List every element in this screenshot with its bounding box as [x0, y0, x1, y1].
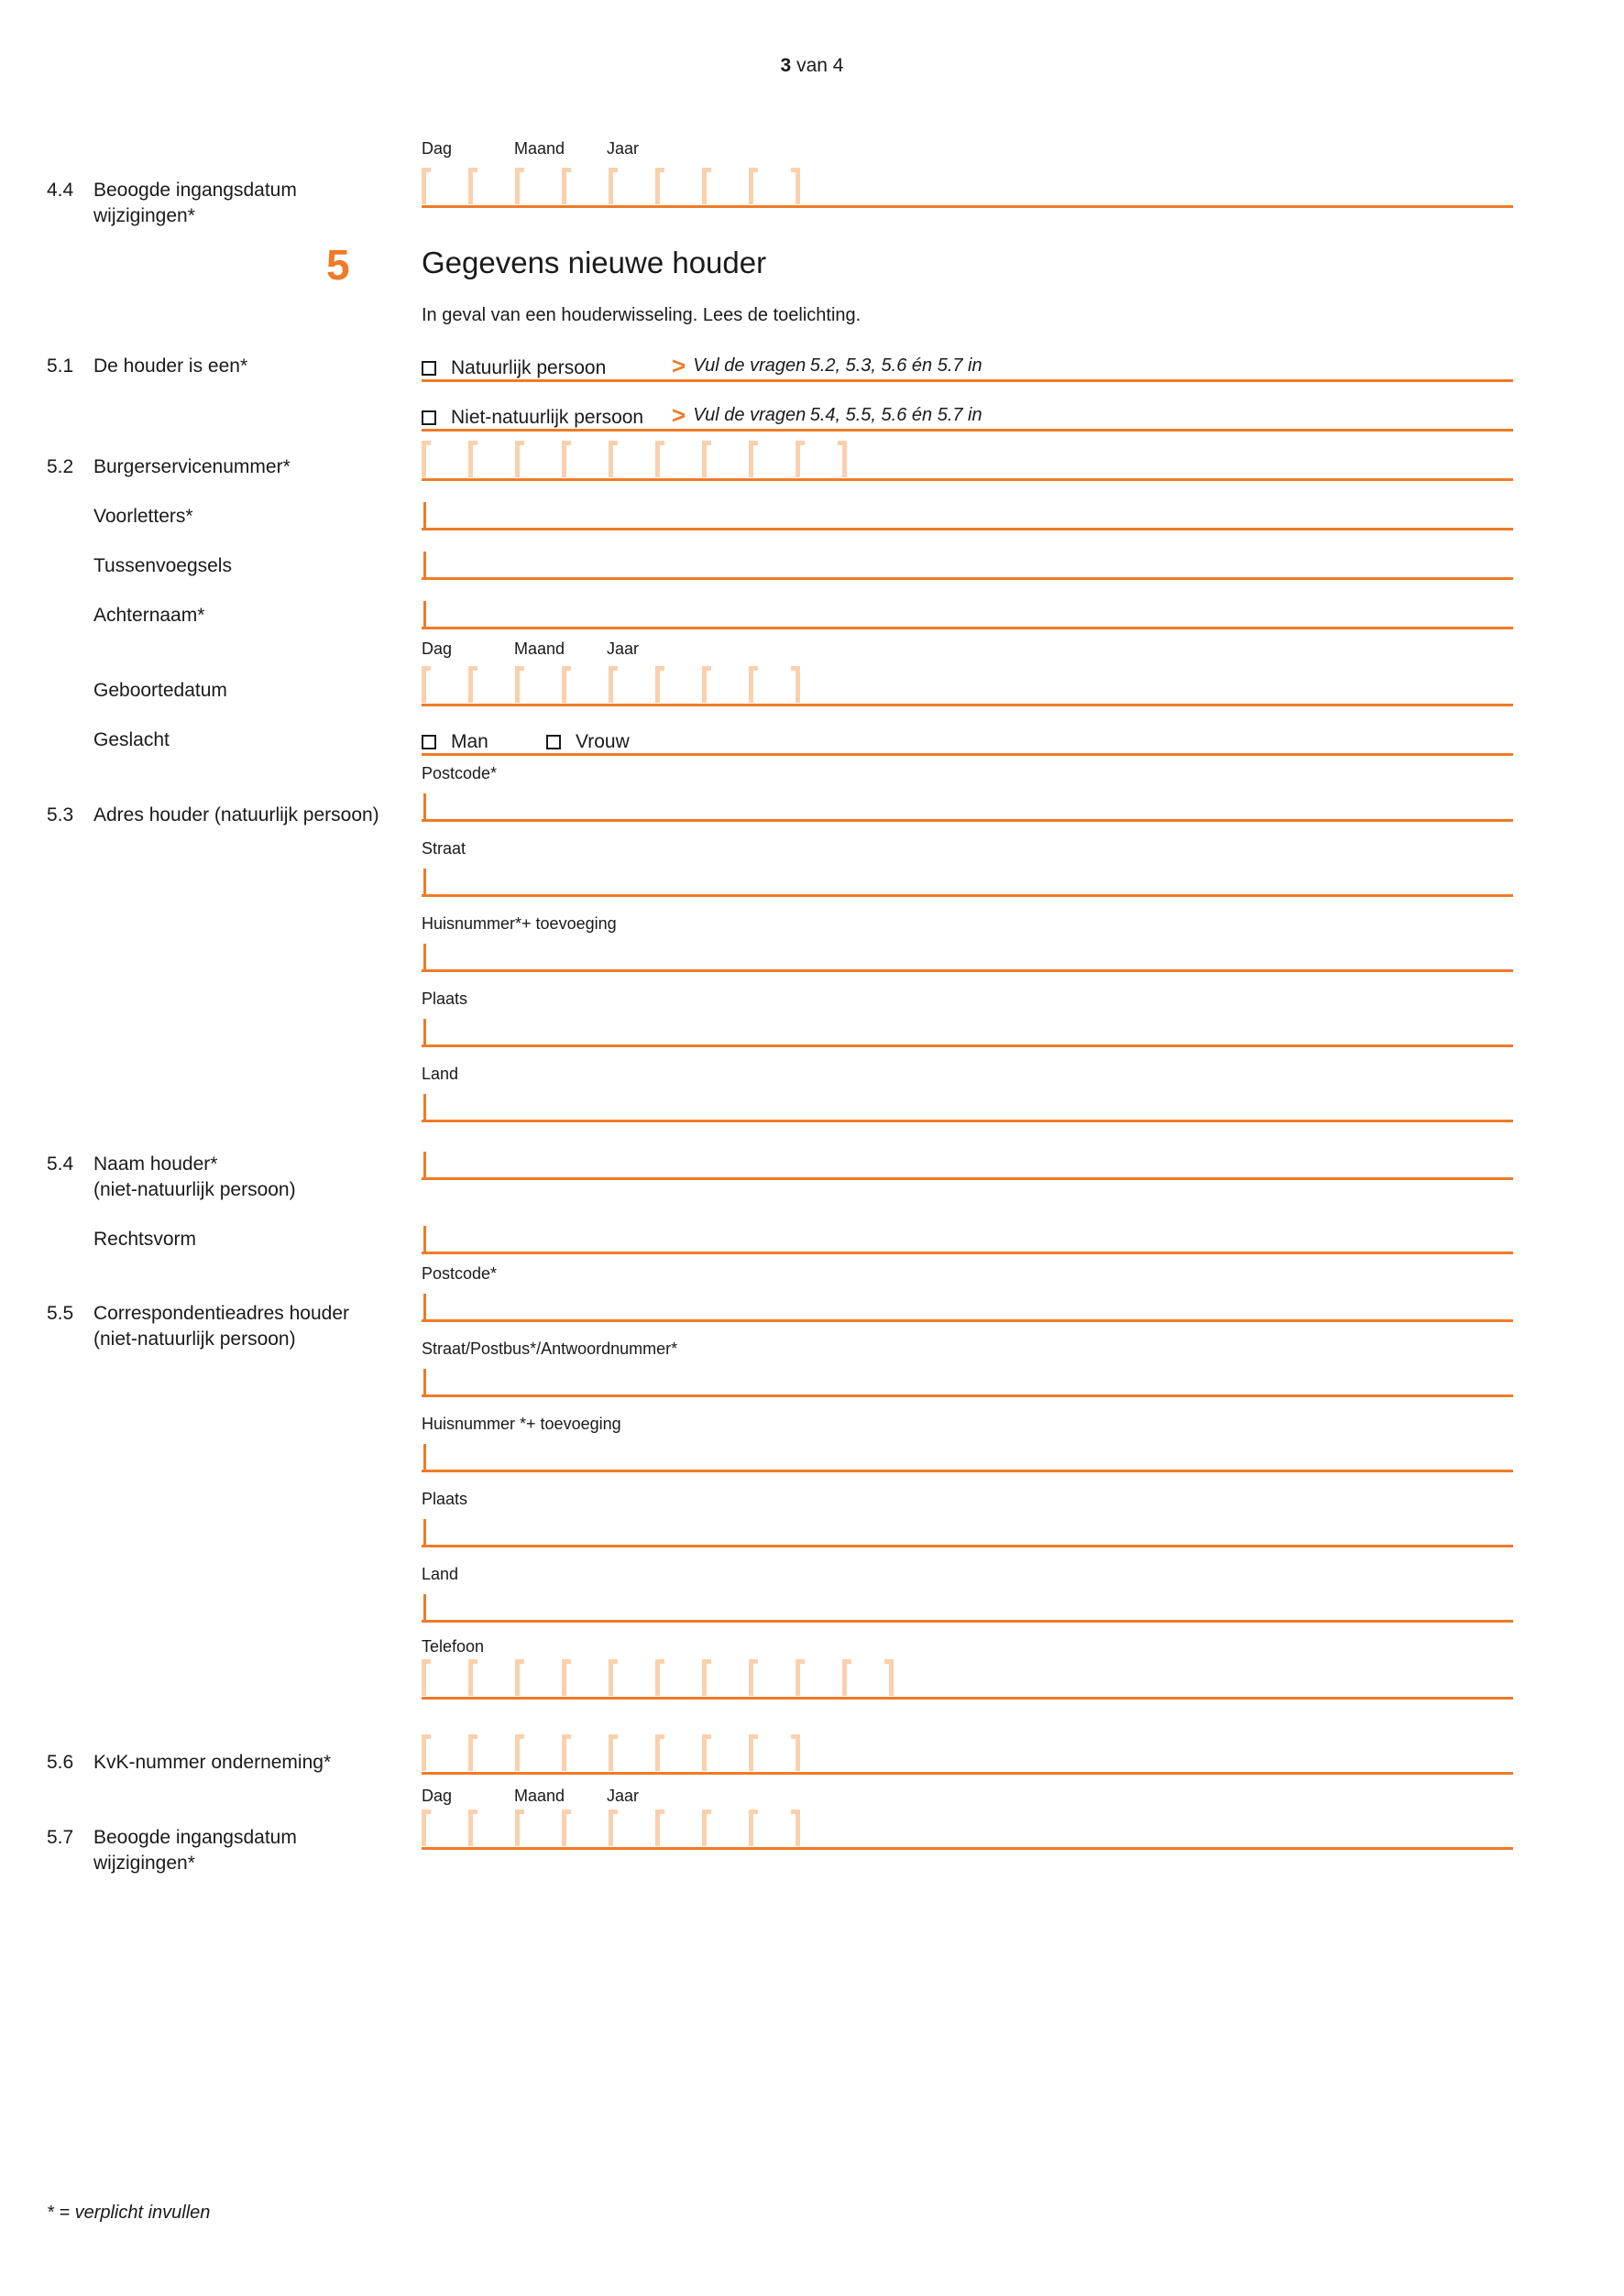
date-label-month: Maand — [514, 1787, 565, 1806]
field-underline — [422, 478, 1513, 481]
field-underline — [422, 1044, 1513, 1047]
date-label-month: Maand — [514, 640, 565, 659]
voorletters-input[interactable] — [423, 502, 426, 528]
bsn-field[interactable] — [422, 441, 1513, 481]
digit-box-divider — [702, 441, 707, 477]
digit-box-divider — [749, 168, 753, 204]
tussenvoegsels-label: Tussenvoegsels — [93, 553, 232, 579]
digit-box-divider — [702, 666, 707, 703]
digit-box-divider — [609, 1809, 613, 1846]
field-underline — [422, 1252, 1513, 1254]
option-niet-natuurlijk-persoon[interactable]: Niet-natuurlijk persoon — [422, 407, 643, 429]
digit-box-divider — [655, 441, 660, 477]
checkbox[interactable] — [422, 361, 436, 376]
digit-box-divider — [655, 1809, 660, 1846]
digit-box-divider — [422, 1809, 426, 1846]
question-number: 5.7 — [47, 1827, 73, 1849]
digit-box-divider — [515, 1734, 520, 1771]
field-label: Plaats — [422, 1490, 467, 1509]
option-man[interactable]: Man — [422, 731, 488, 753]
digit-box-divider — [422, 1734, 426, 1771]
field-label: Postcode* — [422, 1264, 497, 1284]
question-label: Beoogde ingangsdatumwijzigingen* — [93, 178, 297, 229]
option-vrouw[interactable]: Vrouw — [546, 731, 630, 753]
date-label-month: Maand — [514, 139, 565, 159]
field-underline — [422, 1620, 1513, 1623]
chevron-right-icon: > — [672, 352, 686, 380]
digit-box-divider — [749, 441, 753, 477]
digit-box-divider — [515, 1809, 520, 1846]
field-underline — [422, 379, 1513, 382]
digit-box-divider — [422, 666, 426, 703]
digit-box-divider — [796, 666, 800, 703]
digit-box-divider — [702, 1809, 707, 1846]
field-label: Huisnummer*+ toevoeging — [422, 914, 617, 934]
digit-box-divider — [562, 1734, 566, 1771]
field-underline — [422, 1319, 1513, 1322]
digit-box-divider — [655, 1734, 660, 1771]
digit-box-divider — [609, 168, 613, 204]
checkbox[interactable] — [422, 410, 436, 425]
field-underline — [422, 627, 1513, 629]
date-label-day: Dag — [422, 640, 452, 659]
question-label: De houder is een* — [93, 354, 247, 379]
question-number: 4.4 — [47, 180, 73, 202]
question-label: Burgerservicenummer* — [93, 454, 291, 480]
checkbox[interactable] — [422, 735, 436, 749]
question-number: 5.1 — [47, 355, 73, 377]
digit-box-divider — [422, 441, 426, 477]
digit-box-divider — [702, 168, 707, 204]
digit-box-divider — [422, 168, 426, 204]
voorletters-label: Voorletters* — [93, 504, 193, 530]
digit-box-divider — [515, 666, 520, 703]
digit-box-divider — [468, 666, 473, 703]
footnote: * = verplicht invullen — [47, 2203, 210, 2224]
digit-box-divider — [468, 168, 473, 204]
field-underline — [422, 704, 1513, 706]
digit-box-divider — [796, 1809, 800, 1846]
achternaam-input[interactable] — [423, 601, 426, 627]
digit-box-divider — [889, 1659, 894, 1696]
achternaam-label: Achternaam* — [93, 603, 204, 629]
field-underline — [422, 753, 1513, 756]
text-input[interactable] — [423, 1369, 426, 1394]
field-label: Straat/Postbus*/Antwoordnummer* — [422, 1339, 677, 1359]
question-number: 5.6 — [47, 1752, 73, 1774]
naam-houder-input[interactable] — [423, 1152, 426, 1177]
date-label-year: Jaar — [607, 640, 639, 659]
field-label: Postcode* — [422, 764, 497, 783]
field-underline — [422, 1470, 1513, 1472]
field-underline — [422, 429, 1513, 432]
field-label: Land — [422, 1065, 458, 1084]
digit-box-divider — [749, 1734, 753, 1771]
digit-box-divider — [655, 168, 660, 204]
question-label: Beoogde ingangsdatumwijzigingen* — [93, 1825, 297, 1876]
digit-box-divider — [655, 666, 660, 703]
text-input[interactable] — [423, 793, 426, 819]
question-number: 5.3 — [47, 804, 73, 826]
section-title: Gegevens nieuwe houder — [422, 246, 766, 280]
date-label-day: Dag — [422, 1787, 452, 1806]
page-number: 3 van 4 — [0, 55, 1624, 77]
field-label: Plaats — [422, 989, 467, 1009]
field-underline — [422, 577, 1513, 580]
page-of: van 4 — [796, 55, 843, 76]
tussenvoegsels-input[interactable] — [423, 552, 426, 577]
digit-box-divider — [842, 1659, 847, 1696]
rechtsvorm-label: Rechtsvorm — [93, 1227, 196, 1252]
field-label: Land — [422, 1565, 458, 1584]
date-label-year: Jaar — [607, 139, 639, 159]
digit-box-divider — [796, 168, 800, 204]
question-label: Correspondentieadres houder(niet-natuurl… — [93, 1301, 349, 1352]
question-number: 5.2 — [47, 456, 73, 478]
digit-box-divider — [515, 168, 520, 204]
digit-box-divider — [796, 1659, 800, 1696]
kvk-field[interactable] — [422, 1734, 1513, 1775]
date-label-day: Dag — [422, 139, 452, 159]
text-input[interactable] — [423, 1019, 426, 1044]
text-input[interactable] — [423, 869, 426, 894]
digit-box-divider — [609, 1659, 613, 1696]
question-label: Adres houder (natuurlijk persoon) — [93, 803, 379, 828]
field-label: Huisnummer *+ toevoeging — [422, 1415, 621, 1434]
question-number: 5.4 — [47, 1153, 73, 1175]
section-number: 5 — [326, 240, 350, 290]
digit-box-divider — [562, 666, 566, 703]
digit-box-divider — [609, 1734, 613, 1771]
telefoon-field[interactable] — [422, 1659, 1513, 1700]
text-input[interactable] — [423, 944, 426, 969]
field-underline — [422, 1847, 1513, 1850]
chevron-right-icon: > — [672, 401, 686, 430]
digit-box-divider — [562, 168, 566, 204]
field-underline — [422, 1697, 1513, 1700]
field-underline — [422, 1545, 1513, 1547]
text-input[interactable] — [423, 1519, 426, 1545]
digit-box-divider — [562, 1659, 566, 1696]
field-label: Straat — [422, 839, 466, 858]
field-underline — [422, 205, 1513, 208]
telefoon-label: Telefoon — [422, 1637, 484, 1656]
field-underline — [422, 528, 1513, 530]
digit-box-divider — [562, 441, 566, 477]
digit-box-divider — [796, 441, 800, 477]
digit-box-divider — [609, 666, 613, 703]
geboortedatum-field[interactable] — [422, 666, 1513, 706]
question-label: KvK-nummer onderneming* — [93, 1750, 331, 1776]
digit-box-divider — [468, 441, 473, 477]
digit-box-divider — [749, 1659, 753, 1696]
digit-box-divider — [422, 1659, 426, 1696]
digit-box-divider — [702, 1734, 707, 1771]
date-field-4-4[interactable] — [422, 168, 1513, 208]
text-input[interactable] — [423, 1294, 426, 1319]
digit-box-divider — [655, 1659, 660, 1696]
field-underline — [422, 819, 1513, 822]
field-underline — [422, 1120, 1513, 1122]
question-label: Naam houder*(niet-natuurlijk persoon) — [93, 1152, 296, 1203]
digit-box-divider — [749, 1809, 753, 1846]
digit-box-divider — [562, 1809, 566, 1846]
checkbox[interactable] — [546, 735, 561, 749]
field-underline — [422, 1772, 1513, 1775]
geboortedatum-label: Geboortedatum — [93, 678, 227, 704]
digit-box-divider — [468, 1809, 473, 1846]
option-natuurlijk-persoon[interactable]: Natuurlijk persoon — [422, 357, 606, 379]
field-underline — [422, 894, 1513, 897]
hint-natuurlijk: > Vul de vragen 5.2, 5.3, 5.6 én 5.7 in — [672, 352, 982, 380]
digit-box-divider — [842, 441, 847, 477]
digit-box-divider — [702, 1659, 707, 1696]
hint-niet-natuurlijk: > Vul de vragen 5.4, 5.5, 5.6 én 5.7 in — [672, 401, 982, 430]
digit-box-divider — [468, 1734, 473, 1771]
digit-box-divider — [796, 1734, 800, 1771]
digit-box-divider — [749, 666, 753, 703]
page-current: 3 — [781, 55, 792, 76]
text-input[interactable] — [423, 1444, 426, 1470]
text-input[interactable] — [423, 1094, 426, 1120]
digit-box-divider — [468, 1659, 473, 1696]
text-input[interactable] — [423, 1594, 426, 1620]
question-number: 5.5 — [47, 1303, 73, 1325]
date-label-year: Jaar — [607, 1787, 639, 1806]
digit-box-divider — [515, 441, 520, 477]
rechtsvorm-input[interactable] — [423, 1226, 426, 1252]
field-underline — [422, 1394, 1513, 1397]
field-underline — [422, 1177, 1513, 1180]
section-subtitle: In geval van een houderwisseling. Lees d… — [422, 305, 861, 326]
date-field-5-7[interactable] — [422, 1809, 1513, 1850]
geslacht-label: Geslacht — [93, 727, 170, 753]
digit-box-divider — [515, 1659, 520, 1696]
digit-box-divider — [609, 441, 613, 477]
field-underline — [422, 969, 1513, 972]
